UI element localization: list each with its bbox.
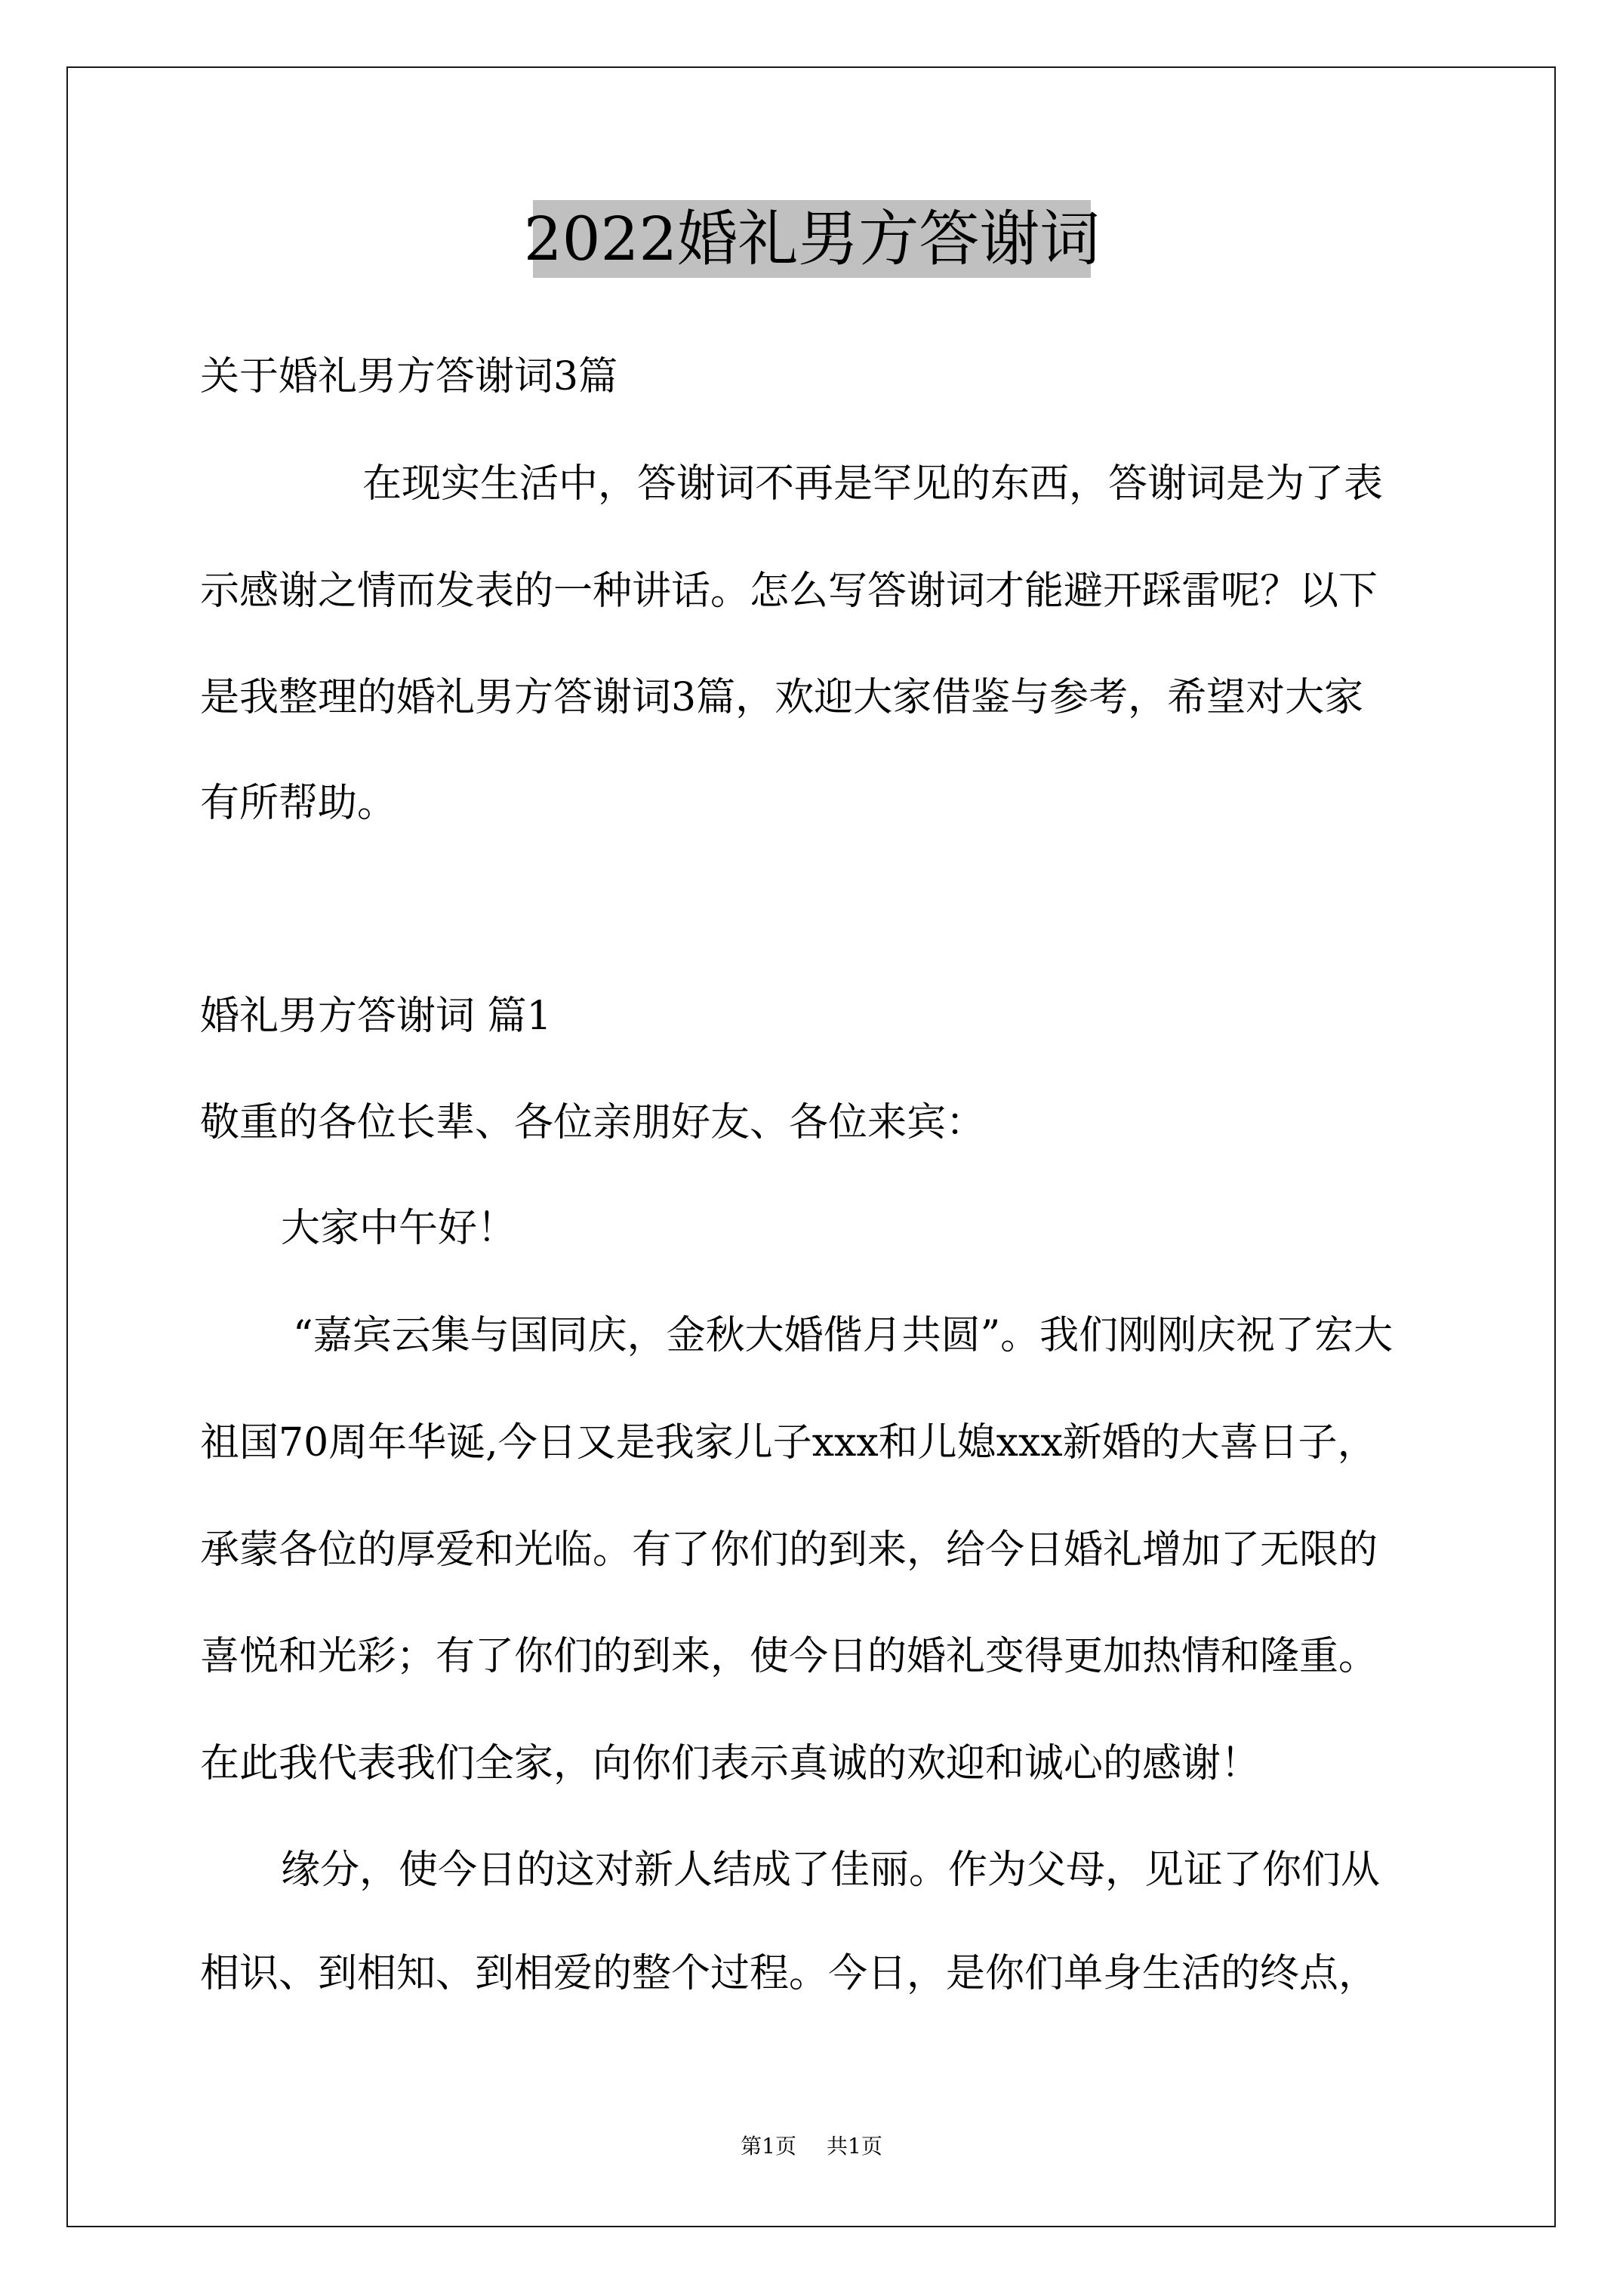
section-heading: 婚礼男方答谢词 篇1 xyxy=(200,995,1438,1037)
body-paragraph-line: 祖国70周年华诞,今日又是我家儿子xxx和儿媳xxx新婚的大喜日子， xyxy=(200,1422,1438,1464)
body-paragraph-line: 承蒙各位的厚爱和光临。有了你们的到来，给今日婚礼增加了无限的 xyxy=(200,1529,1438,1571)
body-paragraph-line: 喜悦和光彩；有了你们的到来，使今日的婚礼变得更加热情和隆重。 xyxy=(200,1635,1438,1678)
intro-heading: 关于婚礼男方答谢词3篇 xyxy=(200,356,1438,398)
page-footer: 第1页共1页 xyxy=(0,2134,1623,2159)
intro-paragraph-line: 有所帮助。 xyxy=(200,782,1438,824)
salutation: 敬重的各位长辈、各位亲朋好友、各位来宾： xyxy=(200,1102,1438,1144)
document-title-highlight: 2022婚礼男方答谢词 xyxy=(533,200,1091,278)
intro-paragraph-line: 在现实生活中，答谢词不再是罕见的东西，答谢词是为了表 xyxy=(362,463,1600,505)
total-pages-label: 共1页 xyxy=(827,2134,882,2159)
intro-paragraph-line: 是我整理的婚礼男方答谢词3篇，欢迎大家借鉴与参考，希望对大家 xyxy=(200,676,1438,719)
body-paragraph-line: 相识、到相知、到相爱的整个过程。今日，是你们单身生活的终点， xyxy=(200,1952,1438,1995)
document-title: 2022婚礼男方答谢词 xyxy=(524,200,1101,278)
body-paragraph-line: 缘分，使今日的这对新人结成了佳丽。作为父母，见证了你们从 xyxy=(281,1849,1519,1891)
current-page-label: 第1页 xyxy=(741,2134,796,2159)
greeting: 大家中午好！ xyxy=(281,1207,1519,1250)
body-paragraph-line: “嘉宾云集与国同庆，金秋大婚偕月共圆”。我们刚刚庆祝了宏大 xyxy=(293,1314,1531,1357)
intro-paragraph-line: 示感谢之情而发表的一种讲话。怎么写答谢词才能避开踩雷呢？以下 xyxy=(200,570,1438,612)
body-paragraph-line: 在此我代表我们全家，向你们表示真诚的欢迎和诚心的感谢！ xyxy=(200,1743,1438,1785)
